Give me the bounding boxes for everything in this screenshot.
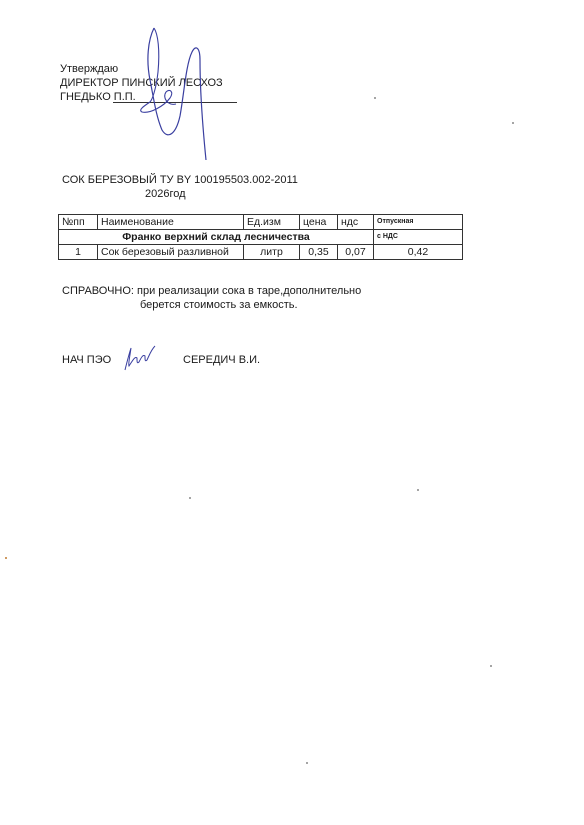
note-label: СПРАВОЧНО: [62,285,134,297]
scan-speck [490,665,492,667]
cell-vat: 0,07 [338,245,374,260]
cell-name: Сок березовый разливной [98,245,244,260]
cell-unit: литр [244,245,300,260]
cell-total: 0,42 [374,245,463,260]
header-unit: Ед.изм [244,215,300,230]
header-vat: ндс [338,215,374,230]
table-header-row: №пп Наименование Ед.изм цена ндс Отпускн… [59,215,463,230]
economist-signature-icon [115,342,160,374]
scan-speck [189,497,191,499]
note-line1: СПРАВОЧНО: при реализации сока в таре,до… [62,285,361,298]
scan-speck [417,489,419,491]
director-signature-icon [130,20,240,170]
price-table: №пп Наименование Ед.изм цена ндс Отпускн… [58,214,463,260]
section-title: Франко верхний склад лесничества [59,230,374,245]
scan-speck [374,97,376,99]
note-text1: при реализации сока в таре,дополнительно [137,285,361,297]
scan-speck [5,557,7,559]
note-line2: берется стоимость за емкость. [140,299,298,312]
header-total: Отпускная [374,215,463,230]
document-year: 2026год [145,188,186,201]
cell-num: 1 [59,245,98,260]
cell-price: 0,35 [300,245,338,260]
footer-name: СЕРЕДИЧ В.И. [183,354,260,367]
document-title: СОК БЕРЕЗОВЫЙ ТУ BY 100195503.002-2011 [62,174,298,187]
header-name: Наименование [98,215,244,230]
header-num: №пп [59,215,98,230]
table-section-row: Франко верхний склад лесничества с НДС [59,230,463,245]
scan-speck [512,122,514,124]
scan-speck [306,762,308,764]
signature-line [113,102,237,103]
table-row: 1 Сок березовый разливной литр 0,35 0,07… [59,245,463,260]
header-total-sub: с НДС [374,230,463,245]
footer-position: НАЧ ПЭО [62,354,111,367]
header-price: цена [300,215,338,230]
approval-label: Утверждаю [60,63,118,76]
approval-position: ДИРЕКТОР ПИНСКИЙ ЛЕСХОЗ [60,77,223,90]
